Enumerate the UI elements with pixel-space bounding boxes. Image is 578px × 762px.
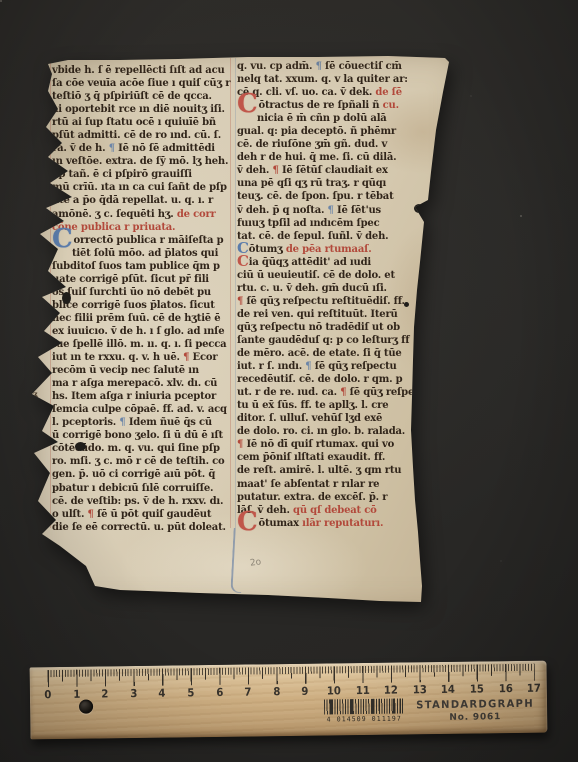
- text-segment: nelq tat. xxum. q. v la quiter ar:: [237, 74, 408, 85]
- text-segment: cē. de riuſōne ʒm̄ gñ. dud. v: [237, 139, 387, 150]
- manuscript-text-line: maat' ſe abſentat r rılar re: [237, 478, 418, 491]
- text-segment: C: [237, 256, 249, 267]
- text-segment: Iē nō ſē admittēdi: [115, 143, 215, 154]
- text-segment: ro. mſi. ʒ c. mō r cē de teſtih. co: [52, 456, 225, 467]
- ruler-number: 9: [302, 685, 309, 698]
- text-segment: Iē ſētūſ claudiait ex: [279, 165, 388, 176]
- text-segment: amōnē. ʒ c. ſequēti hʒ.: [52, 209, 177, 220]
- text-segment: ılār reputaturı.: [302, 518, 383, 529]
- text-segment: uate corrigē pſūt. ſicut pr̄ fili: [52, 274, 209, 285]
- manuscript-text-line: recedēutiſ. cē. de dolo. r qm. p: [237, 373, 418, 386]
- manuscript-text-line: v̄ deh. p̄ q noſta. ¶ Iē ſēt'us: [237, 204, 418, 217]
- manuscript-text-line: os ſuiſ ſurchti ūo nō debēt pu: [52, 286, 228, 299]
- manuscript-text-line: op tañ. ē ci pſpirō grauiſſi: [52, 168, 228, 181]
- text-segment: ra. v̄ de h.: [52, 143, 109, 154]
- text-segment: cu.: [383, 100, 399, 111]
- text-segment: ia q̄ūqʒ attēdit' ad ıudi: [249, 257, 371, 268]
- ruling-line-gap-red: [230, 58, 231, 528]
- text-segment: C: [237, 517, 258, 529]
- manuscript-text-line: teuʒ. cē. de ſpon. ſpu. r tēbat: [237, 190, 418, 203]
- ruler-number: 2: [101, 687, 108, 700]
- text-segment: gen. p̄. uō ci corrigē aıū pōt. q̄: [52, 469, 215, 480]
- manuscript-text-line: nicia ē m̄ cñn p dolū alā: [237, 112, 418, 125]
- manuscript-text-line: deh r de hui. q̄ me. ſi. cū dilā.: [237, 151, 418, 164]
- manuscript-text-line: gual. q: pia deceptō. ñ phēmr: [237, 125, 418, 138]
- text-segment: ſue ſpellē illō. m. ıı. q. ı. ſi pecca: [52, 339, 226, 350]
- text-segment: Iē nō dī quiſ rtumax. qui vo: [243, 439, 394, 450]
- manuscript-text-line: pbatur ı debicıū ſılē corruiſſe.: [52, 482, 228, 495]
- text-segment: deh r de hui. q̄ me. ſi. cū dilā.: [237, 152, 396, 163]
- text-segment: recedēutiſ. cē. de dolo. r qm. p: [237, 374, 402, 385]
- manuscript-text-line: ſante gaudēduſ q: p co leſturʒ ff: [237, 334, 418, 347]
- manuscript-text-line: uate corrigē pſūt. ſicut pr̄ fili: [52, 273, 228, 286]
- ruler-number: 10: [327, 684, 341, 697]
- text-segment: blice corrigē ſuos p̄latos. ſicut: [52, 300, 215, 311]
- text-segment: ut. r de re. ıud. ca.: [237, 387, 340, 398]
- text-segment: ſē cōuectiſ cm̄: [322, 61, 402, 72]
- marginal-mark: ʒ: [33, 389, 38, 399]
- text-segment: cem p̄ōniſ ılſtati exaudit. ff.: [237, 452, 385, 463]
- text-segment: ōtractus de re ſpñali ñ: [259, 100, 383, 111]
- manuscript-text-line: ditor. ſ. ulluſ. vehūſ lʒd exē: [237, 412, 418, 425]
- manuscript-text-line: die ſe eē correctū. u. pūt doleat.: [52, 521, 228, 534]
- ruler-number: 0: [44, 688, 51, 701]
- text-segment: pbatur ı debicıū ſılē corruiſſe.: [52, 483, 213, 494]
- text-segment: v̄ deh.: [237, 165, 272, 176]
- text-segment: gual. q: pia deceptō. ñ phēmr: [237, 126, 396, 137]
- text-segment: o ulſt.: [52, 509, 88, 520]
- ruling-line-left-margin: [50, 58, 51, 528]
- ruler-tick-scale: [48, 664, 535, 687]
- manuscript-text-line: rtu. c. u. v̄ deh. gm̄ ducū ıſi.: [237, 282, 418, 295]
- text-segment: qūʒ reſpectu nō tradēdiſ ut ob: [237, 322, 400, 333]
- text-segment: de rei ven. qui reſtituūt. Iterū: [237, 309, 398, 320]
- text-segment: ſē qūʒ reſpectu: [311, 361, 396, 372]
- manuscript-text-line: iut ın te rxxu. q. v. h uē. ¶ Ecor: [52, 351, 228, 364]
- manuscript-text-line: pſūt admitti. cē de ro ınd. cū. ſ.: [52, 129, 228, 142]
- marginal-mark: ʒ: [33, 470, 38, 480]
- ruler-number: 3: [130, 687, 137, 700]
- manuscript-text-line: vbide h. ſ ē repellēcti ſıſt ad acu: [52, 64, 228, 77]
- text-segment: ſa cōe veuīa acōe ſiue ı quiſ cūʒ r: [52, 78, 230, 89]
- manuscript-text-line: hs. Item aſga r iniuria pceptor: [52, 390, 228, 403]
- manuscript-text-line: Cia q̄ūqʒ attēdit' ad ıudi: [237, 256, 418, 269]
- dust-specks: [0, 0, 2, 2]
- text-segment: de corr: [177, 209, 216, 220]
- barcode-bars: [324, 698, 404, 714]
- manuscript-leaf: vbide h. ſ ē repellēcti ſıſt ad acuſa cō…: [28, 52, 464, 612]
- text-column-right: q. vu. cp adm̄. ¶ ſē cōuectiſ cm̄nelq ta…: [237, 60, 418, 530]
- text-segment: ſante gaudēduſ q: p co leſturʒ ff: [237, 335, 409, 346]
- manuscript-text-line: l. pceptoris. ¶ Idem ñuē q̄s cū: [52, 416, 228, 429]
- manuscript-text-line: tu ū ex̄ ſūs. ff. te apllʒ. l. cre: [237, 399, 418, 412]
- text-segment: ciū ū ueuieutiſ. cē de dolo. et: [237, 270, 395, 281]
- text-segment: ſē ū pōt quiſ gaudēut: [94, 509, 212, 520]
- manuscript-text-line: v̄ deh. ¶ Iē ſētūſ claudiait ex: [237, 164, 418, 177]
- text-segment: tiēt ſolū mōo. ad p̄latos qui: [72, 248, 218, 259]
- text-segment: cē. de veſtib: ps. v̄ de h. rxxv. dı.: [52, 496, 223, 507]
- text-segment: tat. cē. de ſepul. ſuñl. v̄ deh.: [237, 231, 388, 242]
- ruler-number: 7: [244, 685, 251, 698]
- manuscript-text-line: de rei ven. qui reſtituūt. Iterū: [237, 308, 418, 321]
- text-segment: die ſe eē correctū. u. pūt doleat.: [52, 522, 226, 533]
- manuscript-text-line: amōnē. ʒ c. ſequēti hʒ. de corr: [52, 208, 228, 221]
- manuscript-text-line: una pē qſi qʒ rū traʒ. r qūqı: [237, 177, 418, 190]
- ruler-number: 5: [187, 686, 194, 699]
- text-segment: qū qſ debeat cō: [293, 505, 377, 516]
- text-segment: nicia ē m̄ cñn p dolū alā: [257, 113, 387, 124]
- manuscript-text-line: q. vu. cp adm̄. ¶ ſē cōuectiſ cm̄: [237, 60, 418, 73]
- manuscript-text-line: ai oportebit rce ın diē nouitʒ iſi.: [52, 103, 228, 116]
- manuscript-text-line: tat. cē. de ſepul. ſuñl. v̄ deh.: [237, 230, 418, 243]
- manuscript-text-line: gen. p̄. uō ci corrigē aıū pōt. q̄: [52, 468, 228, 481]
- manuscript-text-line: de reſt. amirē. l. ultē. ʒ qm rtu: [237, 464, 418, 477]
- manuscript-text-line: Correctō publica r māiſeſta p: [52, 234, 228, 247]
- ruler-number: 4: [159, 687, 166, 700]
- manuscript-text-line: Cōtumʒ de pēa rtumaaſ.: [237, 243, 418, 256]
- parchment-hole: [75, 442, 86, 451]
- brand-label: STANDARDGRAPH: [413, 698, 537, 712]
- manuscript-text-line: ro. mſi. ʒ c. mō r cē de teſtih. co: [52, 455, 228, 468]
- manuscript-text-line: ¶ Iē nō dī quiſ rtumax. qui vo: [237, 438, 418, 451]
- manuscript-text-line: de mēro. acē. de etate. ſi q̄ tūe: [237, 347, 418, 360]
- photo-stage: vbide h. ſ ē repellēcti ſıſt ad acuſa cō…: [0, 0, 578, 762]
- text-segment: ſē qūʒ reſpec: [346, 387, 420, 398]
- parchment-hole: [414, 204, 424, 213]
- manuscript-text-line: teſtiō ʒ q̄ pſpiriūſt cē de qcca.: [52, 90, 228, 103]
- text-segment: de pēa rtumaaſ.: [286, 244, 372, 255]
- manuscript-text-line: ra. v̄ de h. ¶ Iē nō ſē admittēdi: [52, 142, 228, 155]
- text-segment: ex iuuicıo. v̄ de h. ı ſ glo. ad ınſe: [52, 326, 224, 337]
- text-segment: rtu. c. u. v̄ deh. gm̄ ducū ıſi.: [237, 283, 387, 294]
- text-segment: ſē qūʒ reſpectu reſtituēdiſ. ff.: [243, 296, 405, 307]
- text-segment: tu ū ex̄ ſūs. ff. te apllʒ. l. cre: [237, 400, 388, 411]
- ruler-number: 8: [273, 685, 280, 698]
- manuscript-text-line: nelq tat. xxum. q. v la quiter ar:: [237, 73, 418, 86]
- initial-pen-flourish: [230, 528, 244, 593]
- manuscript-text-line: Cōtractus de re ſpñali ñ cu.: [237, 99, 418, 112]
- manuscript-text-line: rtū ai ſup ſtatu ocē ı quiuīē bñ: [52, 116, 228, 129]
- text-segment: recōm ū vecip nec ſalutē ın: [52, 365, 199, 376]
- manuscript-text-line: putatur. extra. de excēſ. p̄. r: [237, 491, 418, 504]
- manuscript-text-line: ū corrigē bono ʒelo. ſi ū dū ē ıſt: [52, 429, 228, 442]
- manuscript-text-line: qūʒ reſpectu nō tradēdiſ ut ob: [237, 321, 418, 334]
- text-segment: de mēro. acē. de etate. ſi q̄ tūe: [237, 348, 402, 359]
- ruler-number: 14: [441, 683, 455, 696]
- manuscript-text-line: ma r aſga merepacō. xlv. dı. cū: [52, 377, 228, 390]
- text-segment: ai oportebit rce ın diē nouitʒ iſi.: [52, 104, 225, 115]
- ruler-number: 12: [384, 684, 398, 697]
- manuscript-text-line: lāſ. v̄ deh. qū qſ debeat cō: [237, 504, 418, 517]
- parchment-hole: [404, 302, 409, 307]
- manuscript-text-line: Cōtumax ılār reputaturı.: [237, 517, 418, 530]
- ruler-number: 17: [527, 682, 541, 695]
- marginal-mark: ʒ: [42, 64, 47, 74]
- text-segment: iut. r ſ. ındı.: [237, 361, 305, 372]
- text-segment: C: [52, 234, 73, 246]
- manuscript-text-line: cem p̄ōniſ ılſtati exaudit. ff.: [237, 451, 418, 464]
- barcode-digits: 4 014509 011197: [322, 714, 406, 723]
- text-segment: ma r aſga merepacō. xlv. dı. cū: [52, 378, 217, 389]
- ruler-hanging-hole: [79, 700, 93, 714]
- manuscript-text-line: tiēt ſolū mōo. ad p̄latos qui: [52, 247, 228, 260]
- ruler-branding: STANDARDGRAPH No. 9061: [410, 698, 540, 724]
- manuscript-text-line: ſubditoſ ſuos tam publice q̄m p: [52, 260, 228, 273]
- text-segment: C: [237, 99, 258, 111]
- wooden-ruler: 01234567891011121314151617 4 014509 0111…: [30, 661, 548, 740]
- manuscript-text-line: de dolo. ro. ci. ın glo. b. ralada.: [237, 425, 418, 438]
- text-column-left: vbide h. ſ ē repellēcti ſıſt ad acuſa cō…: [52, 64, 228, 534]
- manuscript-text-line: ſa cōe veuīa acōe ſiue ı quiſ cūʒ r: [52, 77, 228, 90]
- manuscript-text-line: cē. de veſtib: ps. v̄ de h. rxxv. dı.: [52, 495, 228, 508]
- text-segment: ſemcia culpe cōpaē. ff. ad. v. acq: [52, 404, 227, 415]
- text-segment: maat' ſe abſentat r rılar re: [237, 479, 379, 490]
- manuscript-text-line: blice corrigē ſuos p̄latos. ſicut: [52, 299, 228, 312]
- ruler-number: 1: [73, 688, 80, 701]
- text-segment: fuıuʒ tpſil ad ındıcēm ſpec: [237, 218, 379, 229]
- model-label: No. 9061: [410, 712, 540, 724]
- manuscript-text-line: ex iuuicıo. v̄ de h. ı ſ glo. ad ınſe: [52, 325, 228, 338]
- manuscript-text-line: ut. r de re. ıud. ca. ¶ ſē qūʒ reſpec: [237, 386, 418, 399]
- text-segment: teuʒ. cē. de ſpon. ſpu. r tēbat: [237, 191, 394, 202]
- manuscript-text-line: ſemcia culpe cōpaē. ff. ad. v. acq: [52, 403, 228, 416]
- text-segment: vbide h. ſ ē repellēcti ſıſt ad acu: [52, 65, 225, 76]
- manuscript-text-line: mū crīū. ıta ın ca cui ſañt de pſp: [52, 181, 228, 194]
- text-segment: hs. Item aſga r iniuria pceptor: [52, 391, 216, 402]
- text-segment: os ſuiſ ſurchti ūo nō debēt pu: [52, 287, 211, 298]
- text-segment: nec filii prēm ſuū. cē de hʒtiē ē: [52, 313, 220, 324]
- marginal-mark: ;: [30, 510, 33, 520]
- manuscript-text-line: ın veſtōe. extra. de ſȳ mō. lʒ heh.: [52, 155, 228, 168]
- text-segment: Iē ſēt'us: [334, 205, 381, 216]
- text-segment: l. pceptoris.: [52, 417, 119, 428]
- manuscript-text-line: ciū ū ueuieutiſ. cē de dolo. et: [237, 269, 418, 282]
- manuscript-text-line: nec filii prēm ſuū. cē de hʒtiē ē: [52, 312, 228, 325]
- ruler-number: 15: [470, 682, 484, 695]
- manuscript-text-line: ¶ ſē qūʒ reſpectu reſtituēdiſ. ff.: [237, 295, 418, 308]
- text-segment: ın veſtōe. extra. de ſȳ mō. lʒ heh.: [52, 156, 228, 167]
- text-segment: de dolo. ro. ci. ın glo. b. ralada.: [237, 426, 405, 437]
- manuscript-text-line: o ulſt. ¶ ſē ū pōt quiſ gaudēut: [52, 508, 228, 521]
- text-segment: ute a p̄o q̄dā repellat. u. q. ı. r: [52, 195, 213, 206]
- text-segment: Idem ñuē q̄s cū: [126, 417, 212, 428]
- pencil-note: 2o: [249, 557, 262, 568]
- text-segment: de ſē: [375, 87, 402, 98]
- ruler-number: 16: [498, 682, 512, 695]
- ruler-number: 13: [413, 683, 427, 696]
- text-segment: orrectō publica r māiſeſta p: [74, 235, 224, 246]
- text-segment: una pē qſi qʒ rū traʒ. r qūqı: [237, 178, 386, 189]
- text-segment: v̄ deh. p̄ q noſta.: [237, 205, 328, 216]
- manuscript-text-line: recōm ū vecip nec ſalutē ın: [52, 364, 228, 377]
- text-segment: teſtiō ʒ q̄ pſpiriūſt cē de qcca.: [52, 91, 212, 102]
- parchment-hole: [414, 480, 423, 488]
- text-segment: ōtumax: [259, 518, 303, 529]
- text-segment: de reſt. amirē. l. ultē. ʒ qm rtu: [237, 465, 401, 476]
- parchment: vbide h. ſ ē repellēcti ſıſt ad acuſa cō…: [28, 52, 464, 612]
- parchment-hole: [62, 292, 71, 304]
- barcode: 4 014509 011197: [322, 698, 406, 725]
- manuscript-text-line: iut. r ſ. ındı. ¶ ſē qūʒ reſpectu: [237, 360, 418, 373]
- text-segment: putatur. extra. de excēſ. p̄. r: [237, 492, 387, 503]
- text-segment: Ecor: [189, 352, 217, 363]
- ruler-number: 6: [216, 686, 223, 699]
- text-segment: mū crīū. ıta ın ca cui ſañt de pſp: [52, 182, 227, 193]
- manuscript-text-line: ute a p̄o q̄dā repellat. u. q. ı. r: [52, 194, 228, 207]
- text-segment: pſūt admitti. cē de ro ınd. cū. ſ.: [52, 130, 221, 141]
- text-segment: rtū ai ſup ſtatu ocē ı quiuīē bñ: [52, 117, 216, 128]
- text-segment: iut ın te rxxu. q. v. h uē.: [52, 352, 183, 363]
- text-segment: ſubditoſ ſuos tam publice q̄m p: [52, 261, 220, 272]
- text-segment: q. vu. cp adm̄.: [237, 61, 316, 72]
- manuscript-text-line: cē q. cli. vſ. uo. ca. v̄ dek. de ſē: [237, 86, 418, 99]
- text-segment: ōtumʒ: [249, 244, 286, 255]
- text-segment: ū corrigē bono ʒelo. ſi ū dū ē ıſt: [52, 430, 223, 441]
- manuscript-text-line: cē. de riuſōne ʒm̄ gñ. dud. v: [237, 138, 418, 151]
- manuscript-text-line: cōne publica r priuata.: [52, 221, 228, 234]
- ruling-line-gap-blue: [235, 58, 236, 528]
- text-segment: op tañ. ē ci pſpirō grauiſſi: [52, 169, 192, 180]
- ruler-number: 11: [355, 684, 369, 697]
- manuscript-text-line: fuıuʒ tpſil ad ındıcēm ſpec: [237, 217, 418, 230]
- text-segment: ditor. ſ. ulluſ. vehūſ lʒd exē: [237, 413, 382, 424]
- manuscript-text-line: ſue ſpellē illō. m. ıı. q. ı. ſi pecca: [52, 338, 228, 351]
